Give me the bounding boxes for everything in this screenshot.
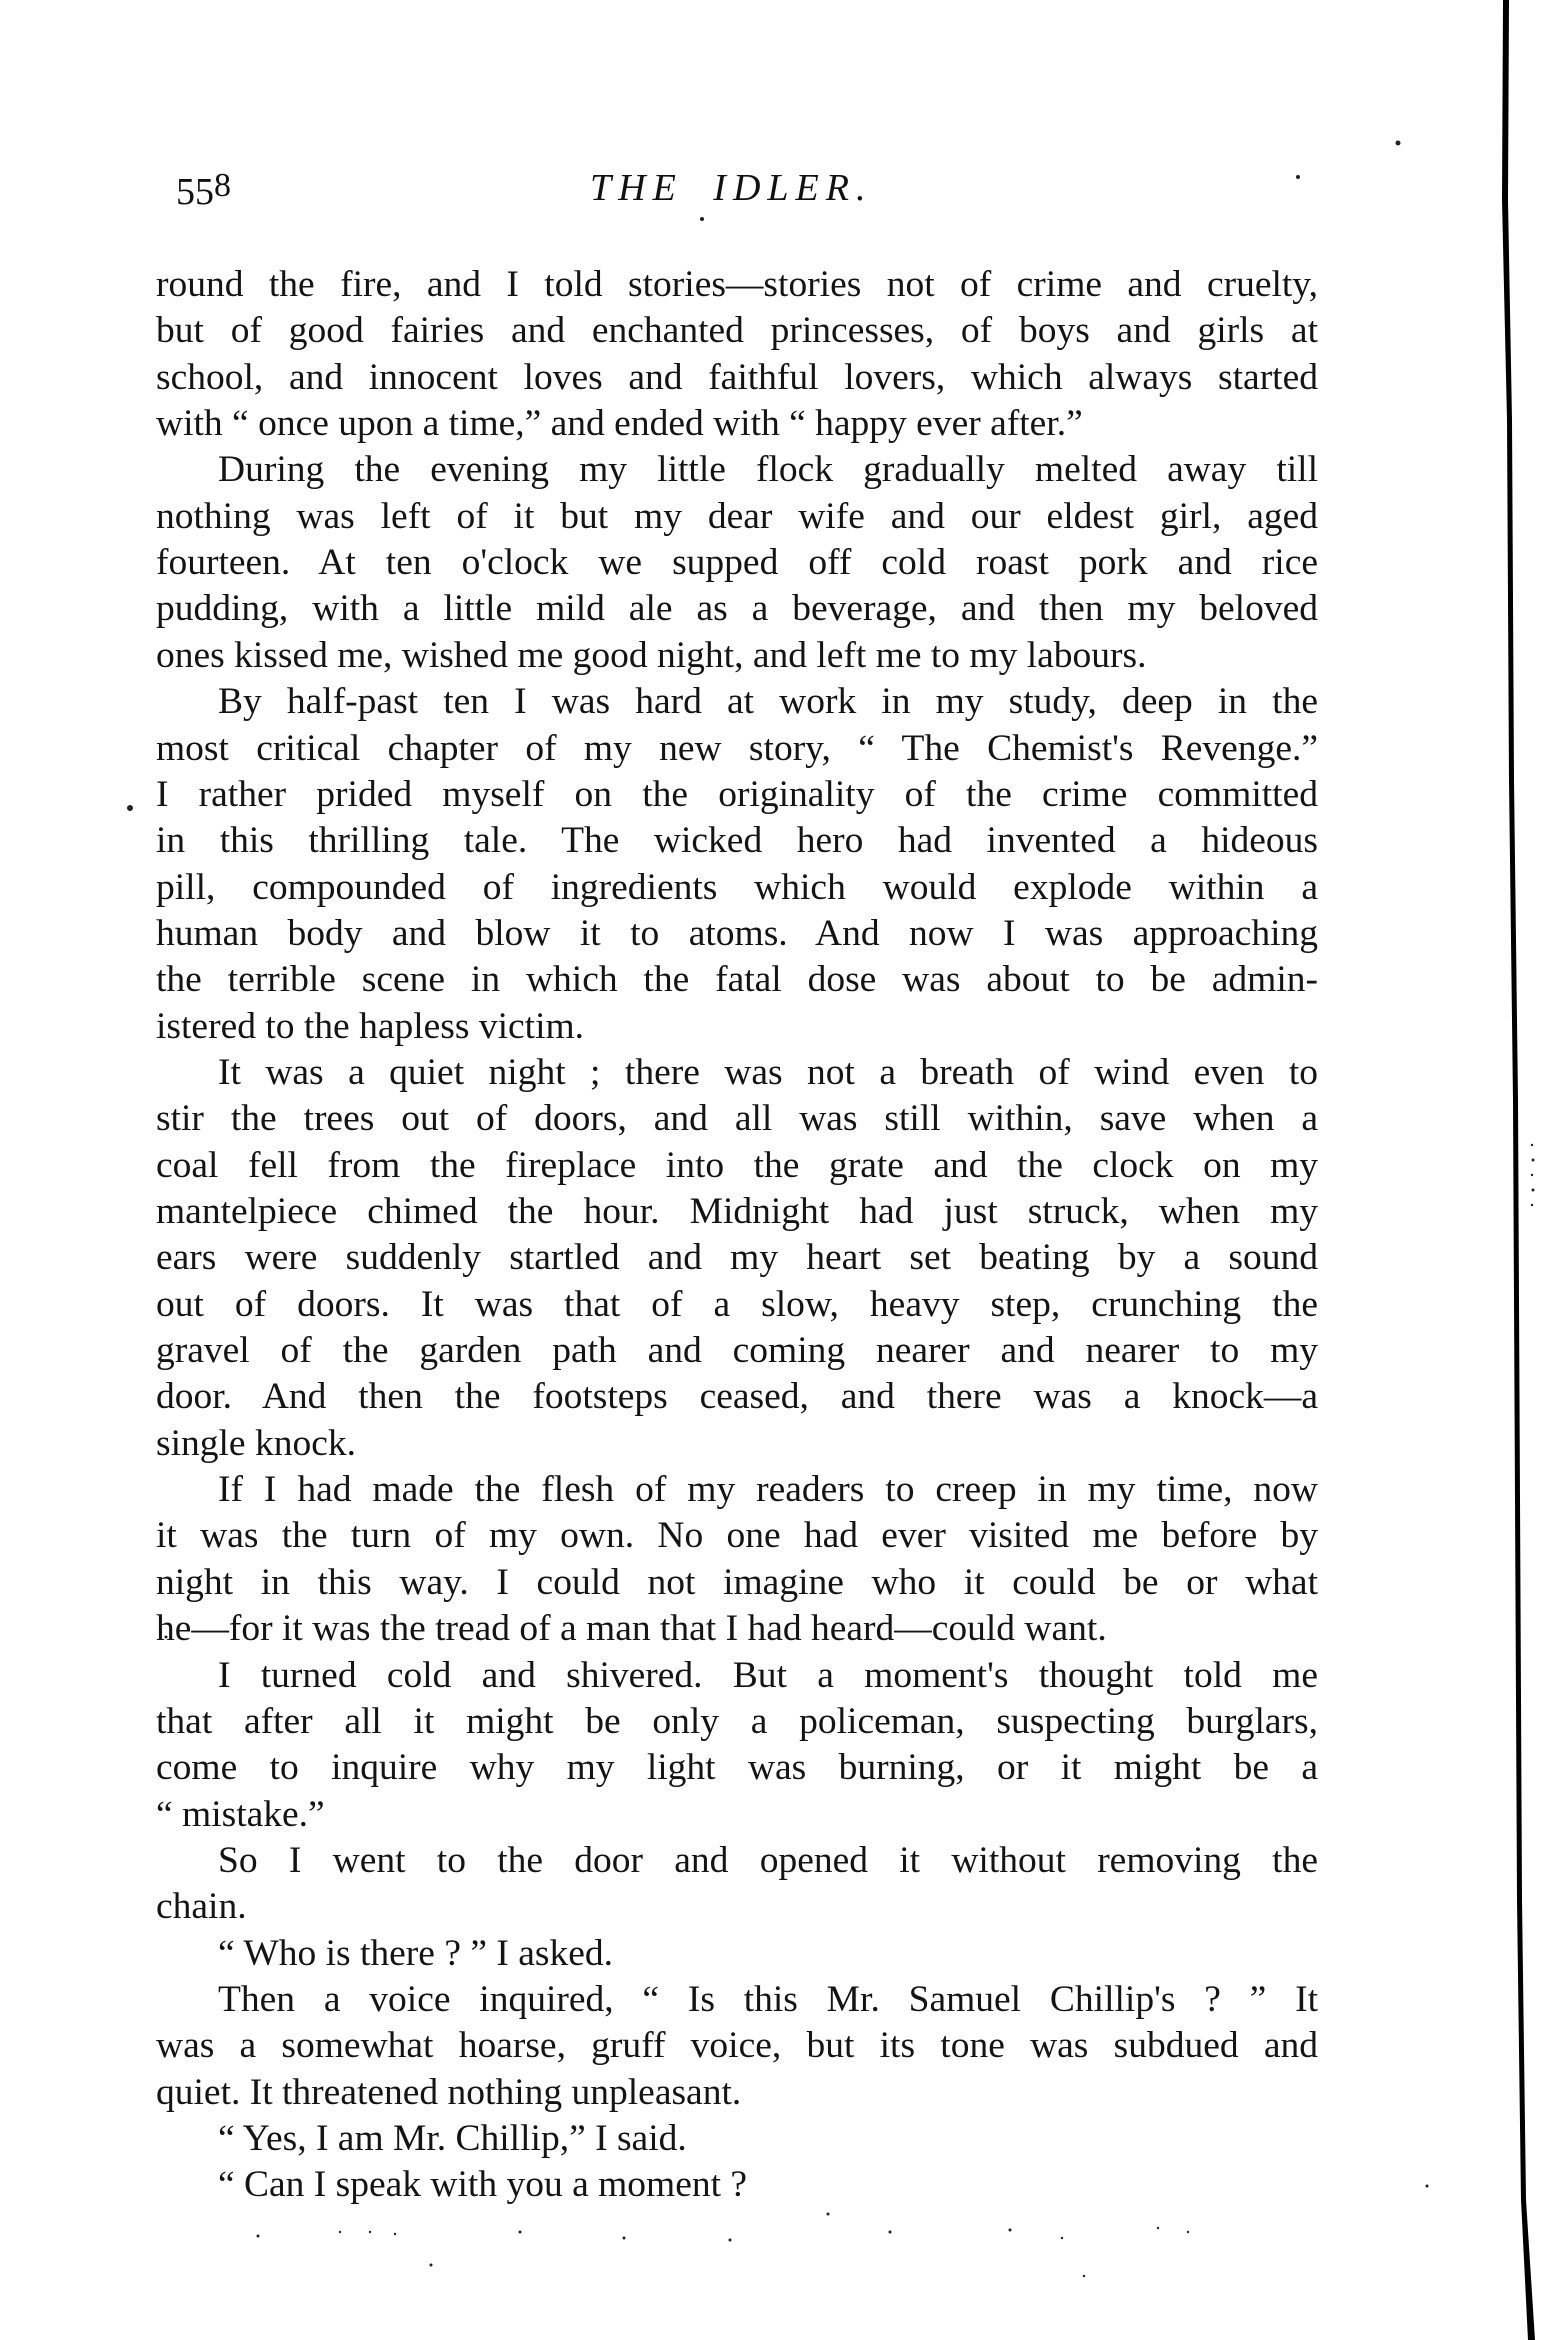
text-line: human body and blow it to atoms. And now…	[156, 911, 1318, 957]
text-line: “ Can I speak with you a moment ?	[218, 2162, 1318, 2208]
text-line: in this thrilling tale. The wicked hero …	[156, 818, 1318, 864]
text-line: During the evening my little flock gradu…	[218, 447, 1318, 493]
text-line: stir the trees out of doors, and all was…	[156, 1096, 1318, 1142]
text-line: single knock.	[156, 1421, 1318, 1467]
page-number-last-digit: 8	[214, 167, 231, 204]
text-line: It was a quiet night ; there was not a b…	[218, 1050, 1318, 1096]
text-line: but of good fairies and enchanted prince…	[156, 308, 1318, 354]
page-number-digits: 558	[176, 171, 231, 213]
text-line: round the fire, and I told stories—stori…	[156, 262, 1318, 308]
text-line: it was the turn of my own. No one had ev…	[156, 1513, 1318, 1559]
text-line: ears were suddenly startled and my heart…	[156, 1235, 1318, 1281]
book-page: 558 THE IDLER. round the fire, and I tol…	[0, 0, 1551, 2340]
text-line: pill, compounded of ingredients which wo…	[156, 865, 1318, 911]
text-line: night in this way. I could not imagine w…	[156, 1560, 1318, 1606]
running-head: THE IDLER.	[590, 166, 872, 210]
text-line: school, and innocent loves and faithful …	[156, 355, 1318, 401]
text-line: I rather prided myself on the originalit…	[156, 772, 1318, 818]
page-number: 558	[176, 170, 231, 214]
text-line: the terrible scene in which the fatal do…	[156, 957, 1318, 1003]
text-line: pudding, with a little mild ale as a bev…	[156, 586, 1318, 632]
text-line: out of doors. It was that of a slow, hea…	[156, 1282, 1318, 1328]
text-line: fourteen. At ten o'clock we supped off c…	[156, 540, 1318, 586]
text-line: door. And then the footsteps ceased, and…	[156, 1374, 1318, 1420]
text-line: that after all it might be only a police…	[156, 1699, 1318, 1745]
text-line: “ Who is there ? ” I asked.	[218, 1931, 1318, 1977]
text-line: gravel of the garden path and coming nea…	[156, 1328, 1318, 1374]
text-line: nothing was left of it but my dear wife …	[156, 494, 1318, 540]
text-line: istered to the hapless victim.	[156, 1004, 1318, 1050]
text-line: I turned cold and shivered. But a moment…	[218, 1653, 1318, 1699]
text-line: come to inquire why my light was burning…	[156, 1745, 1318, 1791]
text-line: quiet. It threatened nothing unpleasant.	[156, 2070, 1318, 2116]
text-line: If I had made the flesh of my readers to…	[218, 1467, 1318, 1513]
text-line: “ mistake.”	[156, 1792, 1318, 1838]
text-line: mantelpiece chimed the hour. Midnight ha…	[156, 1189, 1318, 1235]
text-line: “ Yes, I am Mr. Chillip,” I said.	[218, 2116, 1318, 2162]
text-line: was a somewhat hoarse, gruff voice, but …	[156, 2023, 1318, 2069]
text-line: chain.	[156, 1884, 1318, 1930]
text-line: By half-past ten I was hard at work in m…	[218, 679, 1318, 725]
binding-shadow-line	[1502, 0, 1535, 2340]
text-line: coal fell from the fireplace into the gr…	[156, 1143, 1318, 1189]
text-line: Then a voice inquired, “ Is this Mr. Sam…	[218, 1977, 1318, 2023]
text-line: he—for it was the tread of a man that I …	[156, 1606, 1318, 1652]
text-line: most critical chapter of my new story, “…	[156, 726, 1318, 772]
text-line: with “ once upon a time,” and ended with…	[156, 401, 1318, 447]
text-line: So I went to the door and opened it with…	[218, 1838, 1318, 1884]
text-line: ones kissed me, wished me good night, an…	[156, 633, 1318, 679]
